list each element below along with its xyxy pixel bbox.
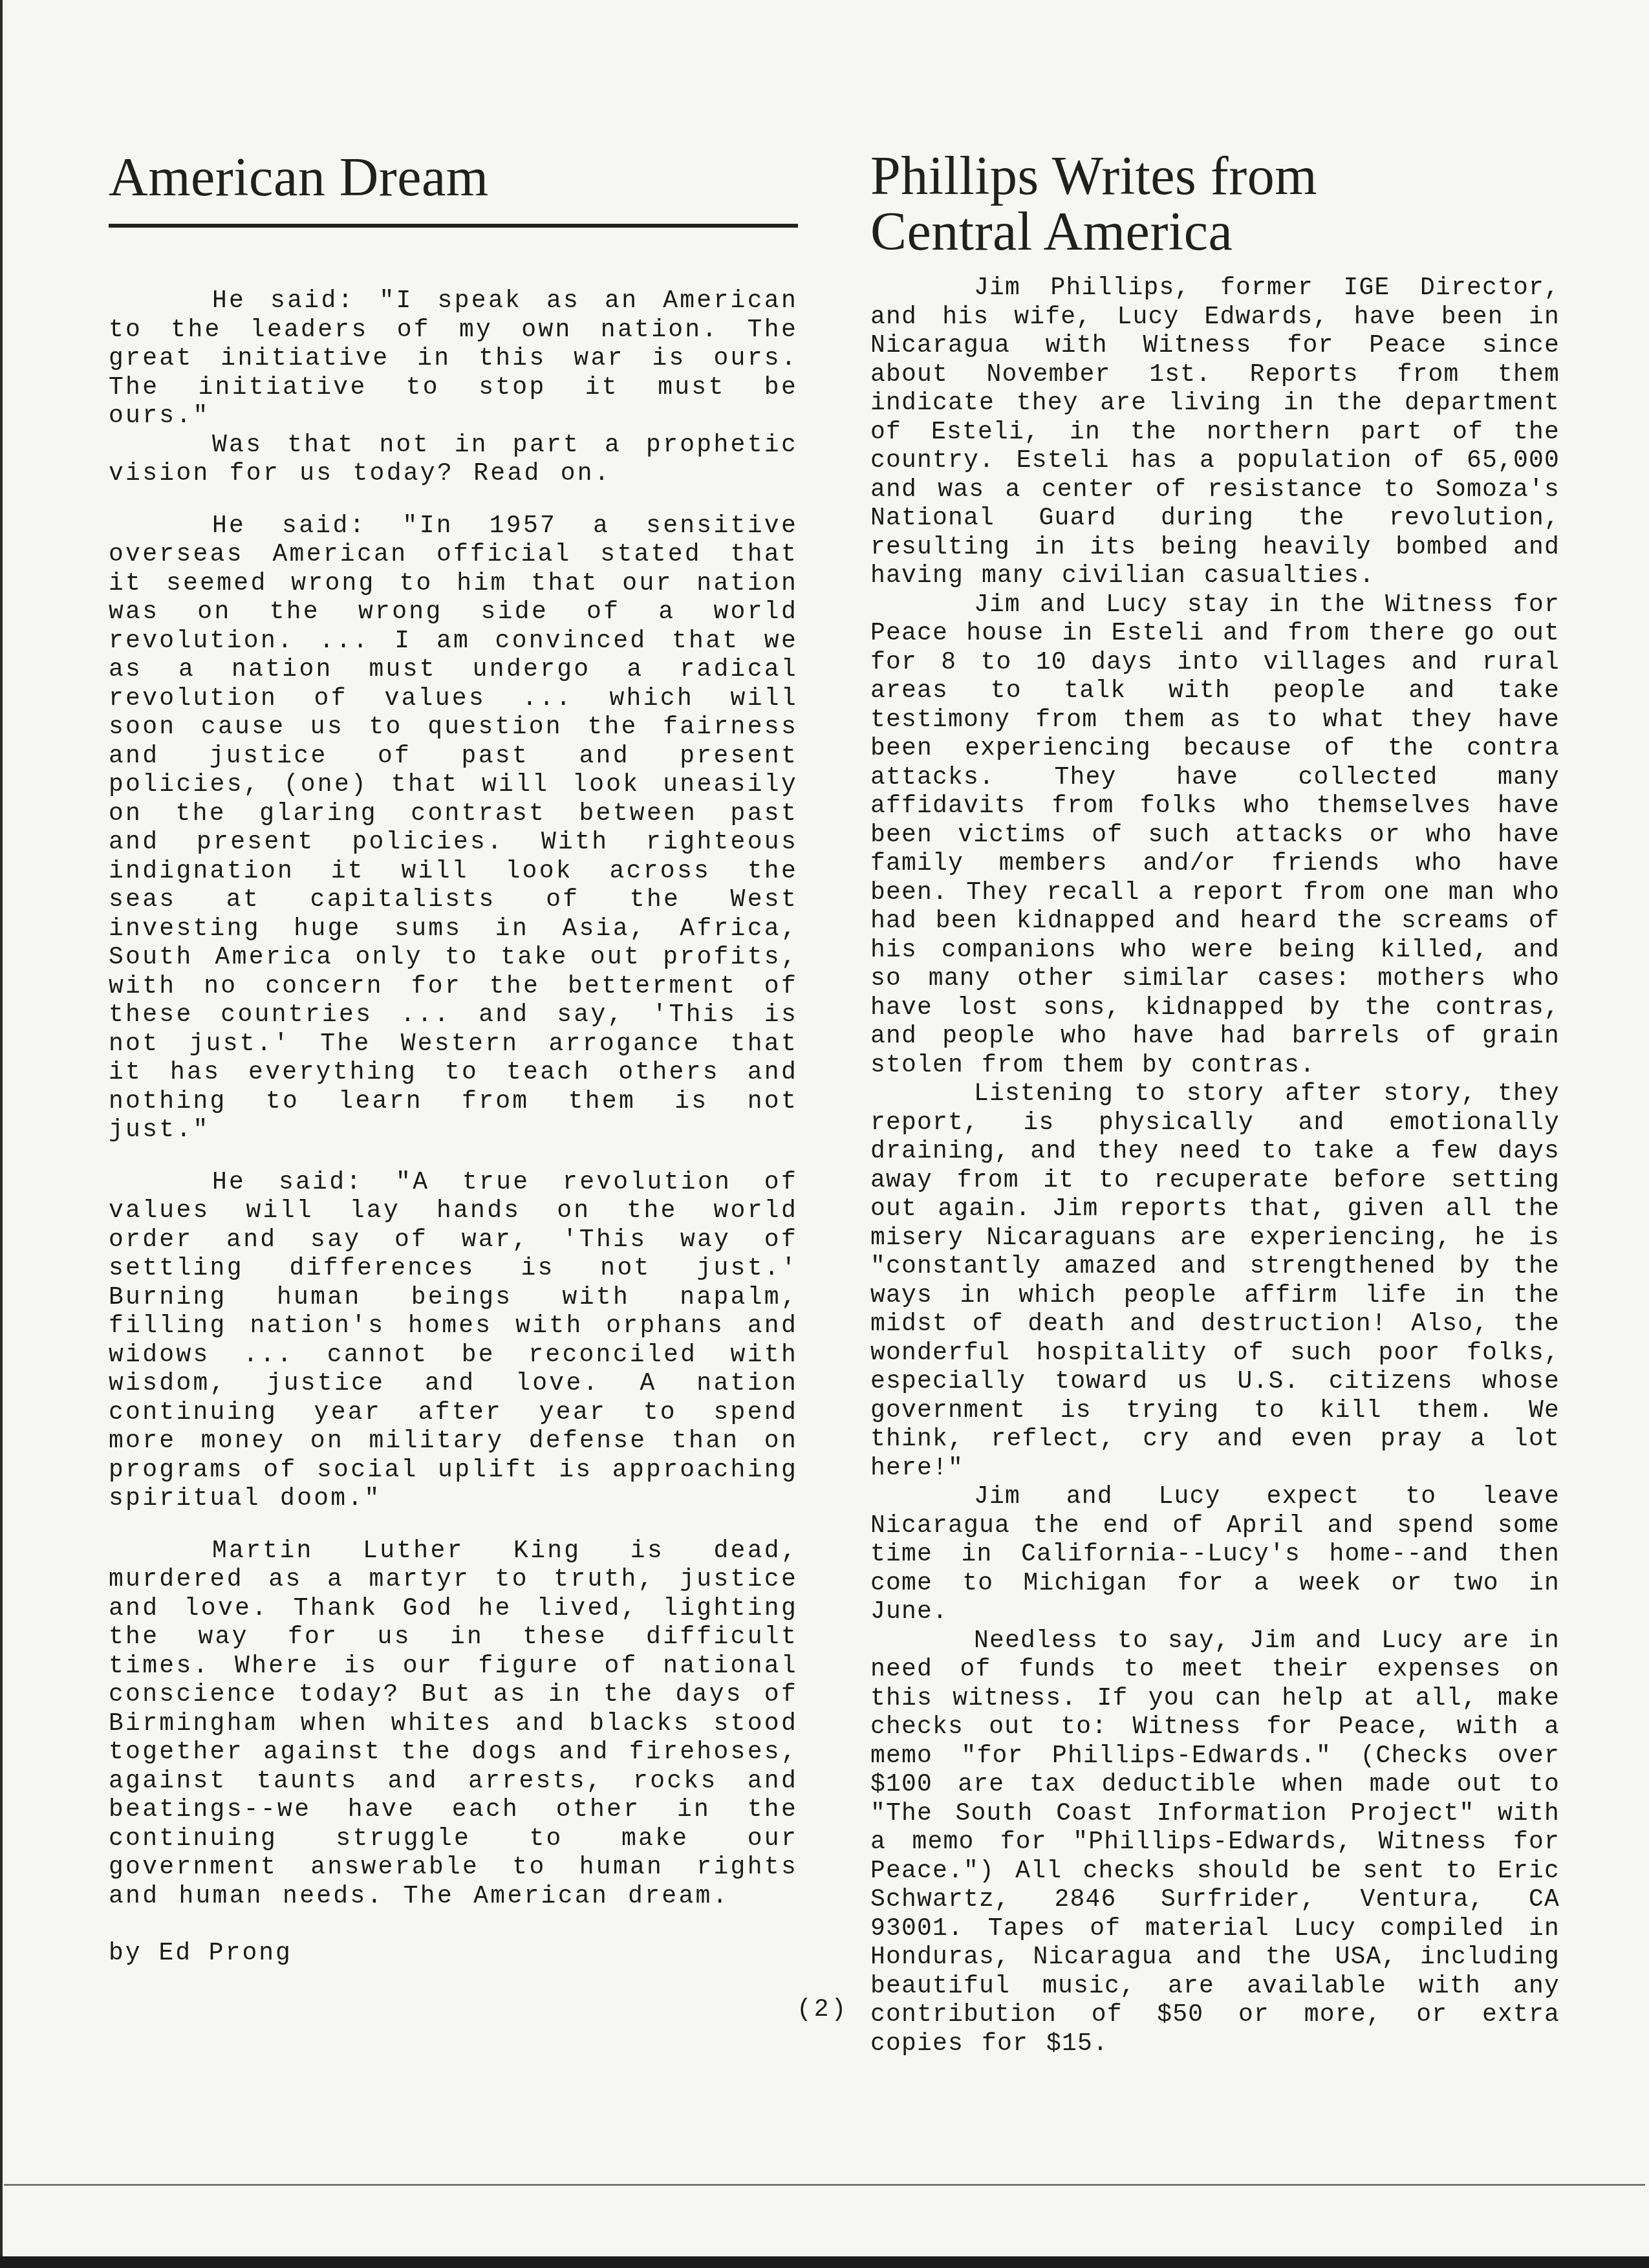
paragraph: He said: "In 1957 a sensitive overseas A… — [109, 512, 798, 1145]
scan-bottom-edge — [0, 2256, 1649, 2268]
article-american-dream: American Dream He said: "I speak as an A… — [109, 149, 798, 1967]
paper-edge-line — [4, 2184, 1645, 2186]
byline: by Ed Prong — [109, 1939, 798, 1967]
article-body: He said: "I speak as an American to the … — [109, 287, 798, 1911]
page-number: (2) — [797, 1996, 848, 2024]
article-body: Jim Phillips, former IGE Director, and h… — [870, 274, 1560, 2058]
paragraph: Jim and Lucy expect to leave Nicaragua t… — [870, 1483, 1560, 1627]
article-title: Phillips Writes from Central America — [870, 149, 1560, 260]
title-rule — [109, 224, 798, 228]
paragraph: Martin Luther King is dead, murdered as … — [109, 1537, 798, 1912]
paragraph: Listening to story after story, they rep… — [870, 1080, 1560, 1483]
paragraph: Needless to say, Jim and Lucy are in nee… — [870, 1627, 1560, 2059]
title-line-2: Central America — [870, 202, 1233, 262]
paragraph: Jim Phillips, former IGE Director, and h… — [870, 274, 1560, 591]
paragraph: Jim and Lucy stay in the Witness for Pea… — [870, 591, 1560, 1081]
paragraph: He said: "A true revolution of values wi… — [109, 1169, 798, 1514]
article-phillips-writes: Phillips Writes from Central America Jim… — [870, 149, 1560, 2058]
title-line-1: Phillips Writes from — [870, 146, 1317, 206]
article-title: American Dream — [109, 149, 798, 206]
paragraph: He said: "I speak as an American to the … — [109, 287, 798, 431]
scan-page-edge — [0, 0, 3, 2268]
paragraph: Was that not in part a prophetic vision … — [109, 431, 798, 489]
